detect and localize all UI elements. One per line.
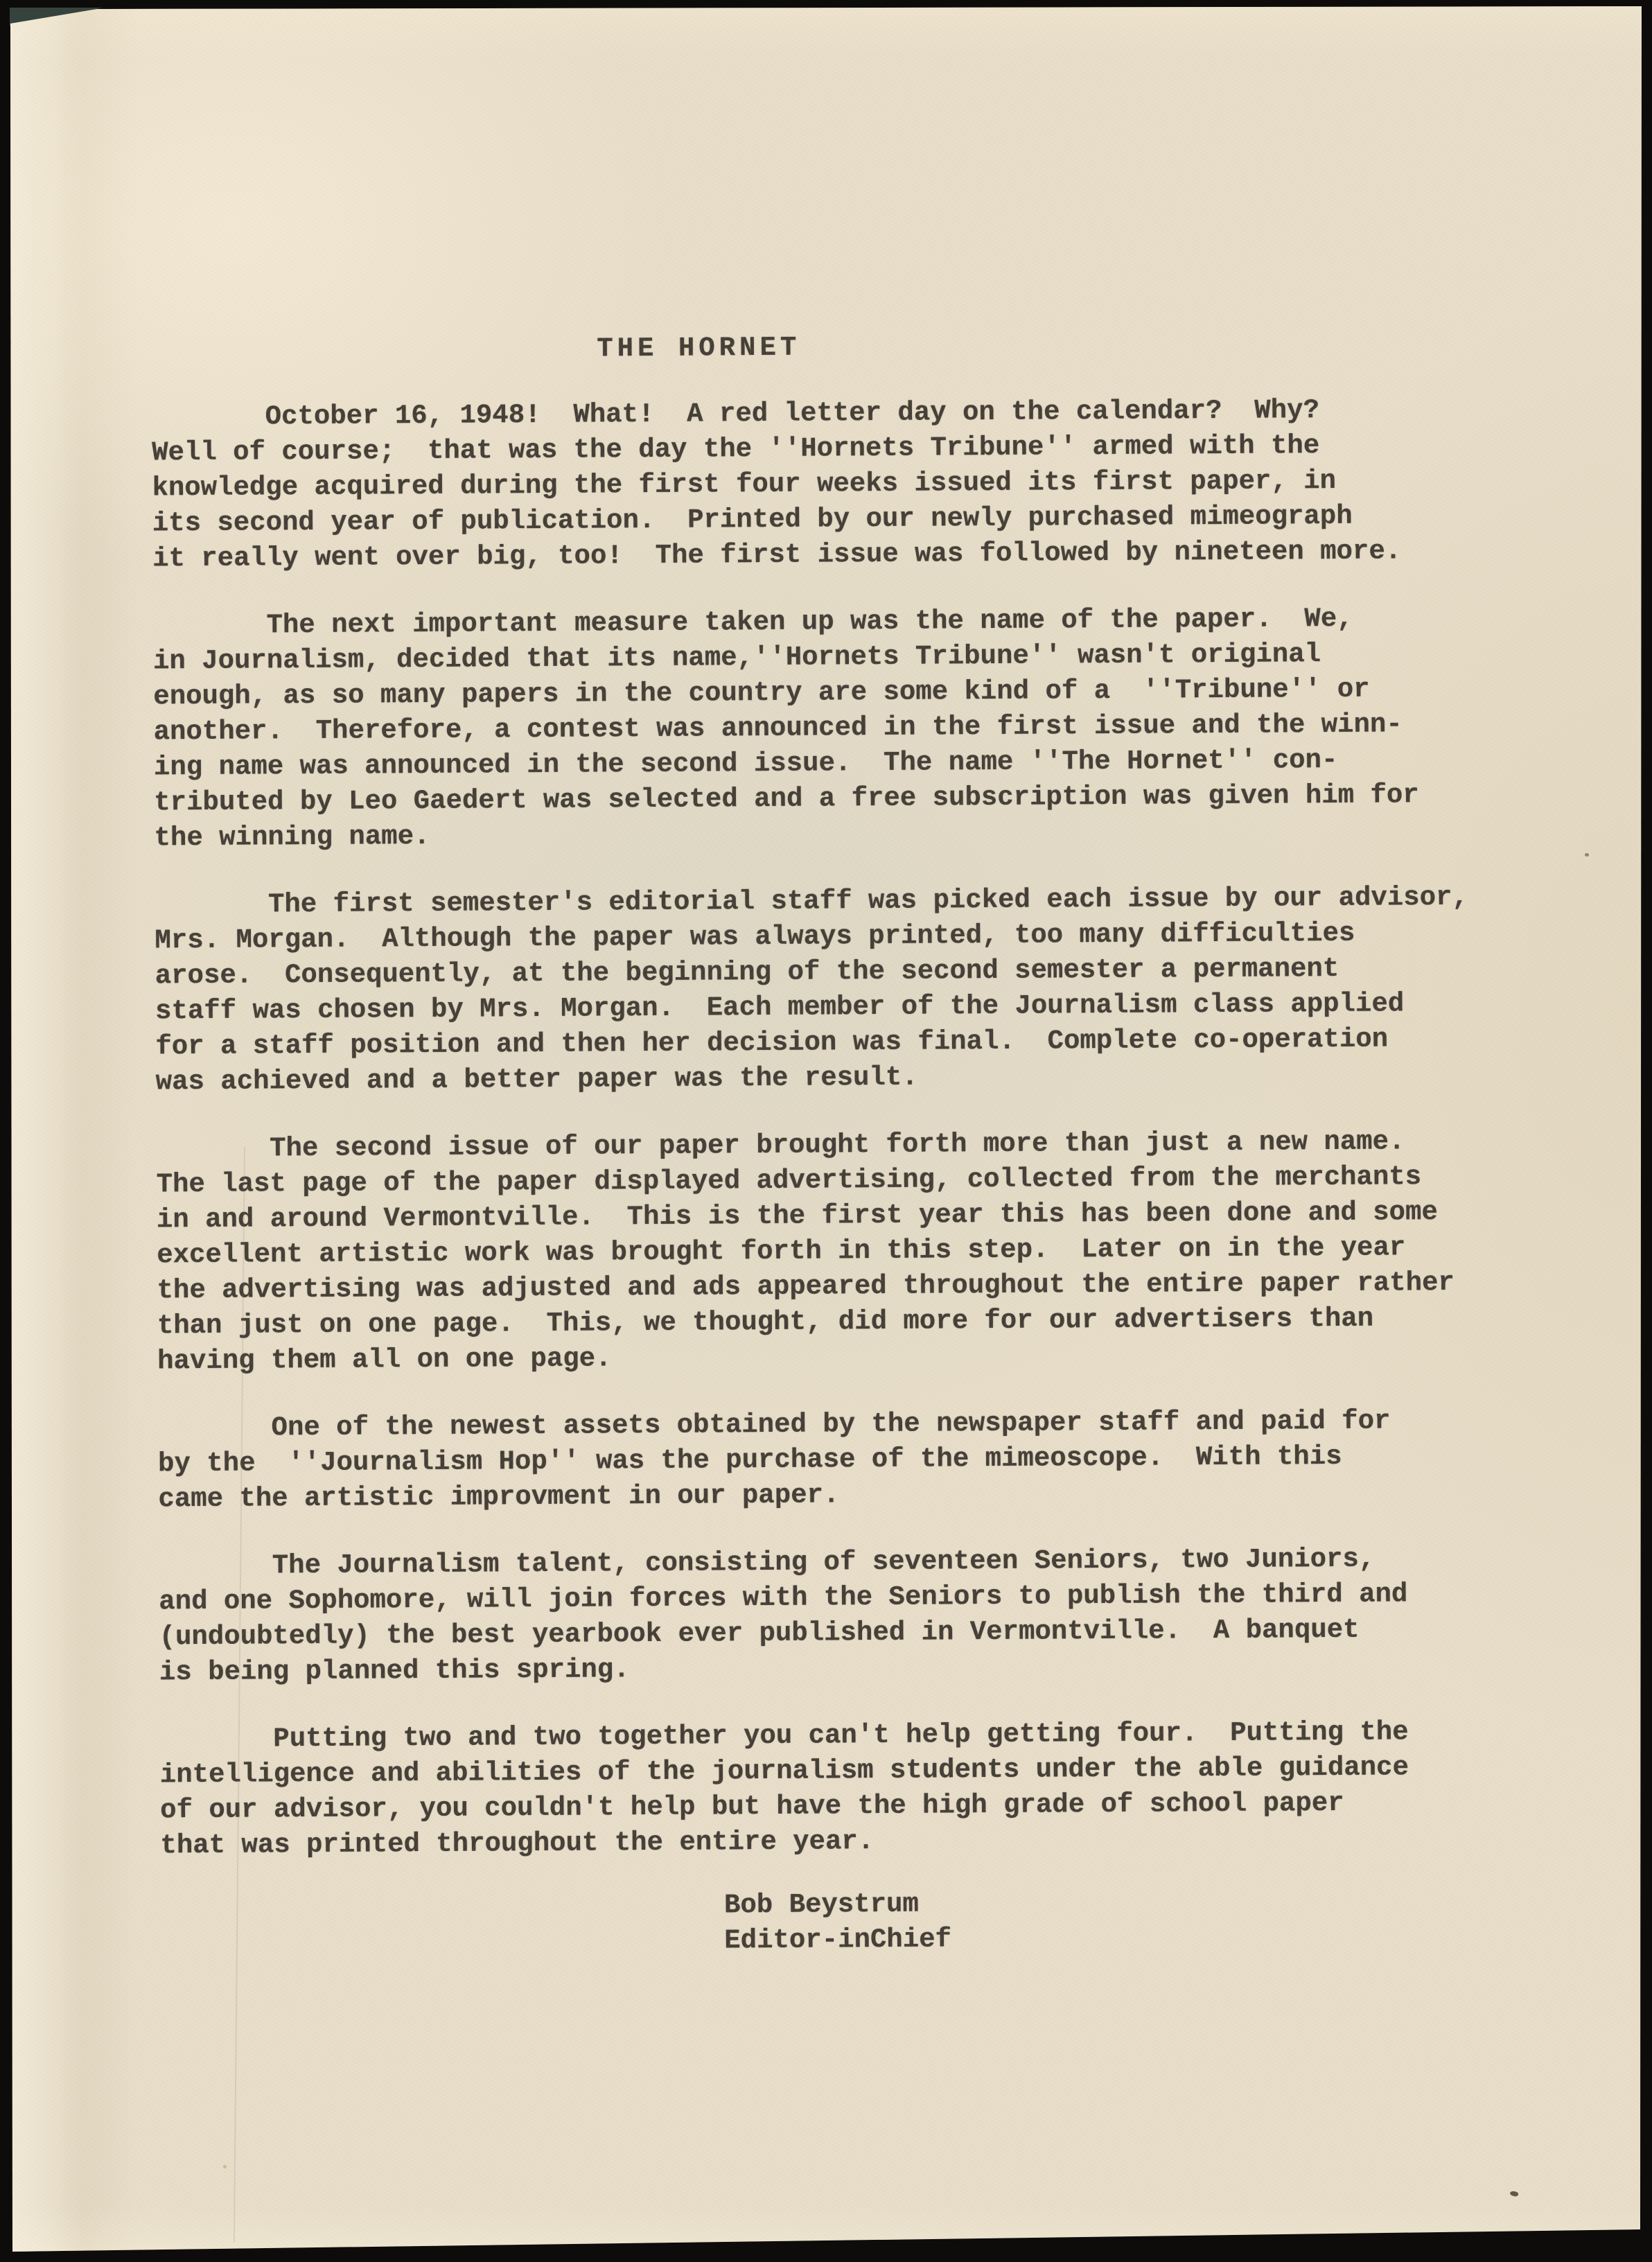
dust-speck <box>223 2165 227 2168</box>
signature-block: Bob Beystrum Editor-inChief <box>724 1882 1652 1958</box>
ink-speck <box>1509 2191 1518 2198</box>
paragraph-4: The second issue of our paper brought fo… <box>156 1123 1652 1379</box>
scan-frame: THE HORNET October 16, 1948! What! A red… <box>0 0 1652 2262</box>
paragraph-5: One of the newest assets obtained by the… <box>158 1402 1652 1517</box>
paragraph-3: The first semester's editorial staff was… <box>155 879 1652 1100</box>
document-page: THE HORNET October 16, 1948! What! A red… <box>0 0 1652 2262</box>
signature-role: Editor-inChief <box>724 1918 1652 1958</box>
signature-name: Bob Beystrum <box>724 1882 1652 1923</box>
page-text: THE HORNET October 16, 1948! What! A red… <box>0 0 1652 1963</box>
page-title: THE HORNET <box>597 325 1647 367</box>
paragraph-6: The Journalism talent, consisting of sev… <box>159 1540 1652 1690</box>
paragraph-1: October 16, 1948! What! A red letter day… <box>152 391 1649 577</box>
paragraph-7: Putting two and two together you can't h… <box>159 1713 1652 1864</box>
paragraph-2: The next important measure taken up was … <box>153 599 1651 856</box>
